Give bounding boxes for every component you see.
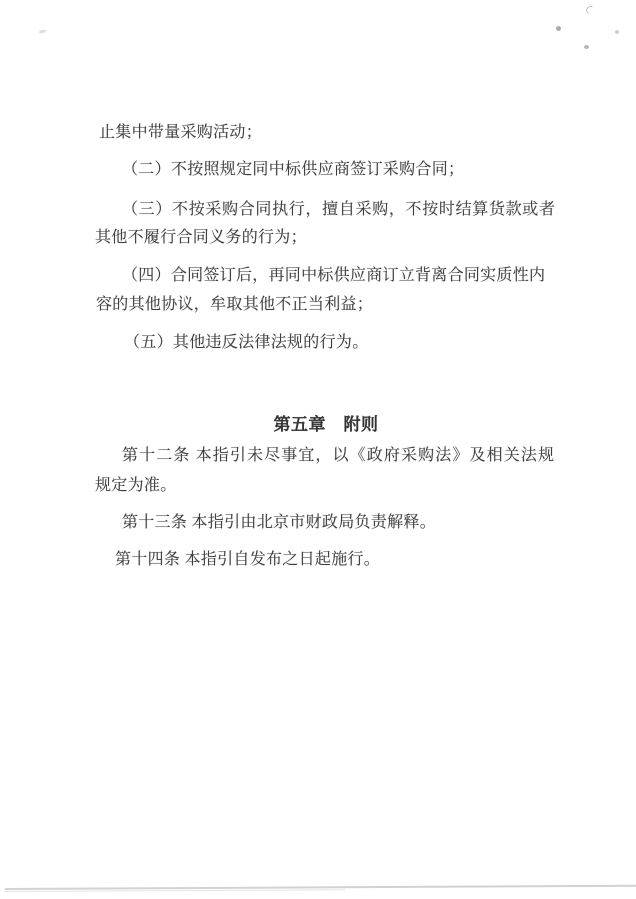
scan-speck [615,30,619,34]
body-text-line: 止集中带量采购活动； [99,122,262,144]
scan-speck [584,45,589,49]
body-text-line: （二）不按照规定同中标供应商签订采购合同； [122,159,464,181]
body-text-line: 容的其他协议，牟取其他不正当利益； [96,294,373,316]
body-text-line: 第十三条 本指引由北京市财政局负责解释。 [122,512,436,534]
body-text-line: （四）合同签订后，再同中标供应商订立背离合同实质性内 [122,265,545,287]
scan-speck [556,26,561,31]
chapter-heading: 第五章 附则 [96,410,556,435]
body-text-line: 第十四条 本指引自发布之日起施行。 [115,549,380,571]
body-text-line: （五）其他违反法律法规的行为。 [124,332,369,354]
scan-speck [585,5,596,16]
scanned-document-page: 止集中带量采购活动； （二）不按照规定同中标供应商签订采购合同； （三）不按采购… [0,0,636,899]
body-text-line: 规定为准。 [95,475,177,497]
body-text-line: （三）不按采购合同执行，擅自采购，不按时结算货款或者 [122,199,555,221]
scan-speck [39,29,47,34]
body-text-line: 第十二条 本指引未尽事宜，以《政府采购法》及相关法规 [122,445,554,467]
body-text-line: 其他不履行合同义务的行为； [95,227,307,249]
